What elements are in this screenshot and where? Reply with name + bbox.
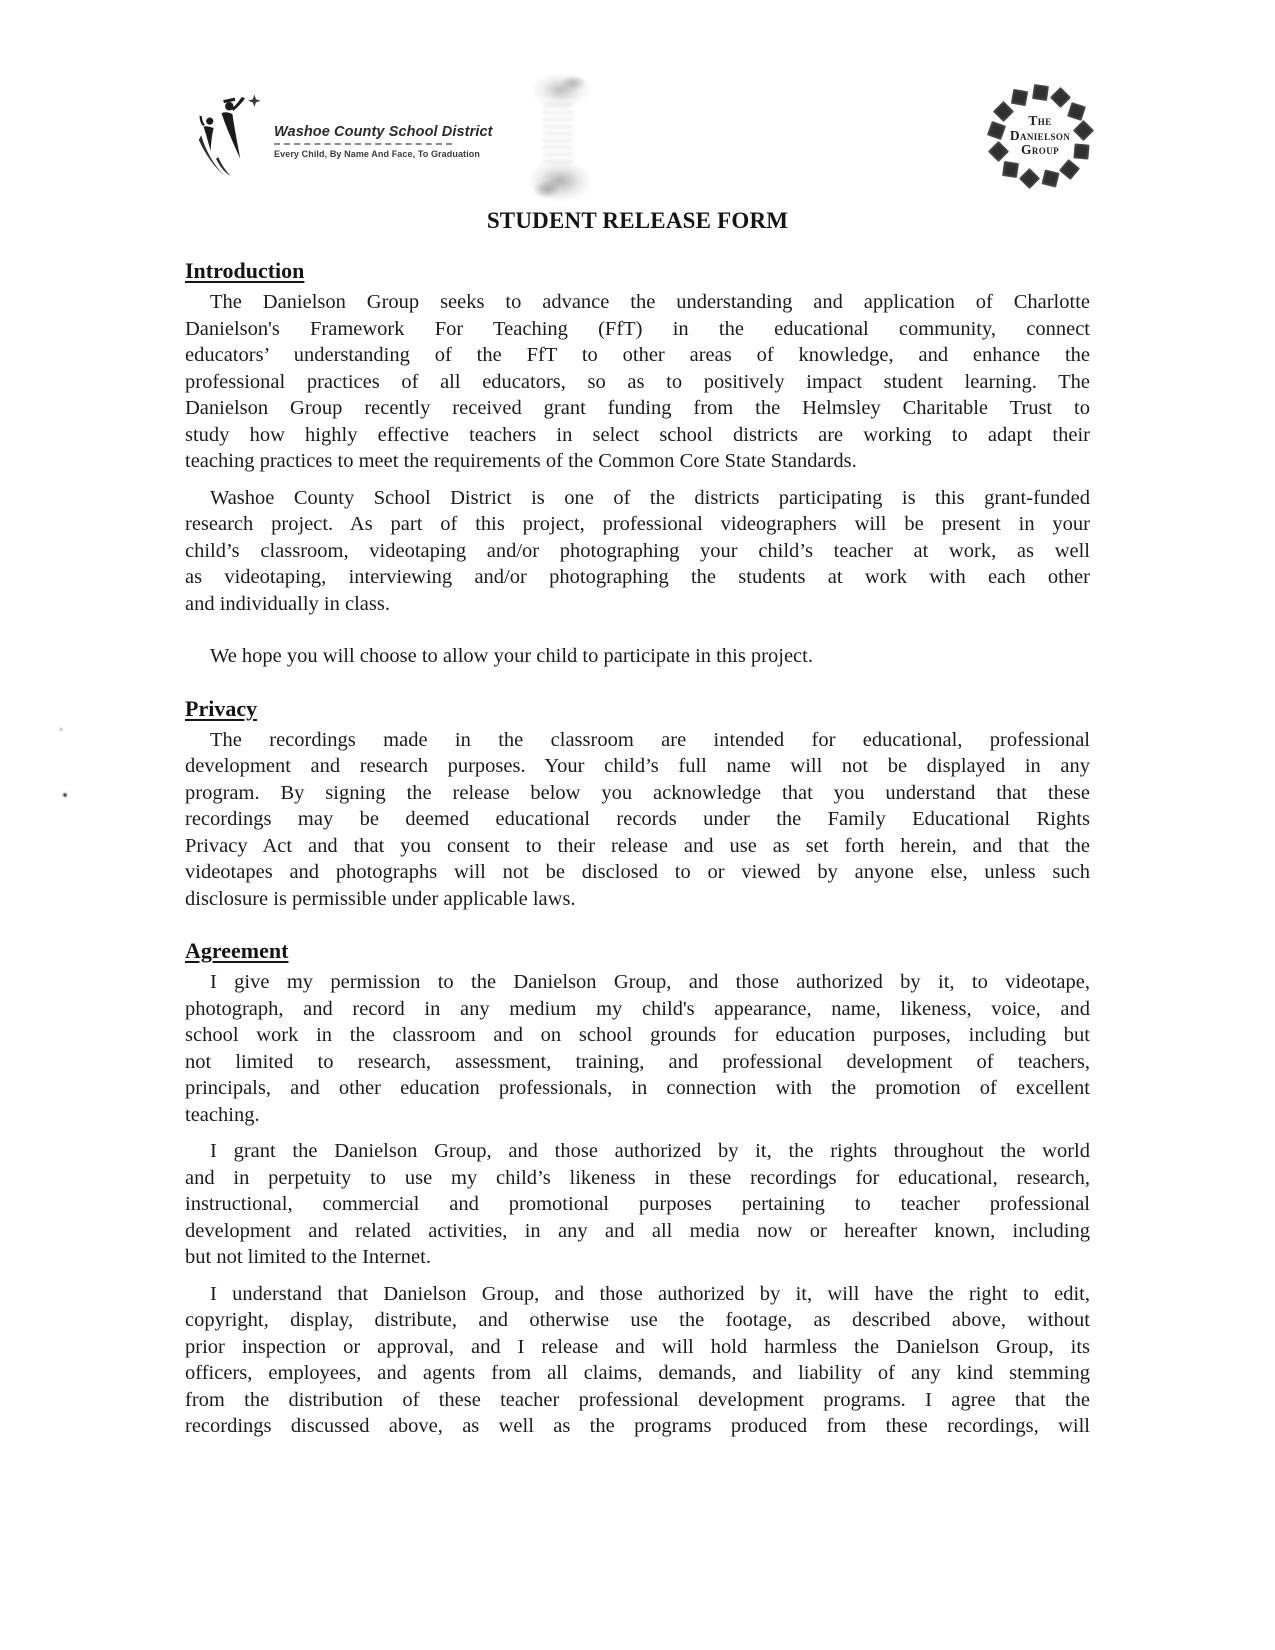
text-line: Danielson's Framework For Teaching (FfT)… [185,316,1090,343]
text-line: research project. As part of this projec… [185,511,1090,538]
text-line: principals, and other education professi… [185,1075,1090,1102]
section-heading-introduction: Introduction [185,258,1090,284]
wcsd-figures-icon [198,84,270,188]
text-line: Danielson Group recently received grant … [185,395,1090,422]
text-line: child’s classroom, videotaping and/or ph… [185,538,1090,565]
text-line: videotapes and photographs will not be d… [185,859,1090,886]
document-title: STUDENT RELEASE FORM [185,208,1090,234]
text-line: Privacy Act and that you consent to thei… [185,833,1090,860]
text-line: program. By signing the release below yo… [185,780,1090,807]
text-line: I give my permission to the Danielson Gr… [185,969,1090,996]
text-line: I grant the Danielson Group, and those a… [185,1138,1090,1165]
text-line: photograph, and record in any medium my … [185,996,1090,1023]
text-line: educators’ understanding of the FfT to o… [185,342,1090,369]
wcsd-logo-tagline: Every Child, By Name And Face, To Gradua… [274,149,493,159]
paragraph: I grant the Danielson Group, and those a… [185,1138,1090,1271]
wcsd-logo: Washoe County School District Every Chil… [198,84,493,188]
text-line: as videotaping, interviewing and/or phot… [185,564,1090,591]
text-line: teaching. [185,1102,1090,1129]
wcsd-logo-name: Washoe County School District [274,124,493,140]
text-line: The Danielson Group seeks to advance the… [185,289,1090,316]
scan-noise-speck [61,791,69,799]
text-line: not limited to research, assessment, tra… [185,1049,1090,1076]
text-line: but not limited to the Internet. [185,1244,1090,1271]
text-line: recordings may be deemed educational rec… [185,806,1090,833]
section-heading-privacy: Privacy [185,696,1090,722]
text-line: from the distribution of these teacher p… [185,1387,1090,1414]
danielson-logo-word: Danielson [1010,129,1070,144]
text-line: professional practices of all educators,… [185,369,1090,396]
text-line: I understand that Danielson Group, and t… [185,1281,1090,1308]
paragraph: We hope you will choose to allow your ch… [185,643,1090,670]
text-line: development and research purposes. Your … [185,753,1090,780]
text-line: disclosure is permissible under applicab… [185,886,1090,913]
text-line: school work in the classroom and on scho… [185,1022,1090,1049]
paragraph: The Danielson Group seeks to advance the… [185,289,1090,475]
paragraph: I understand that Danielson Group, and t… [185,1281,1090,1440]
text-line: Washoe County School District is one of … [185,485,1090,512]
text-line: teaching practices to meet the requireme… [185,448,1090,475]
text-line: recordings discussed above, as well as t… [185,1413,1090,1440]
text-line: development and related activities, in a… [185,1218,1090,1245]
text-line: copyright, display, distribute, and othe… [185,1307,1090,1334]
paragraph: I give my permission to the Danielson Gr… [185,969,1090,1128]
danielson-logo-word: The [1028,114,1051,129]
text-line: The recordings made in the classroom are… [185,727,1090,754]
scan-noise-speck [58,727,64,732]
paragraph: The recordings made in the classroom are… [185,727,1090,913]
scan-noise-smudge [530,72,592,108]
text-line: prior inspection or approval, and I rele… [185,1334,1090,1361]
text-line: study how highly effective teachers in s… [185,422,1090,449]
text-line: instructional, commercial and promotiona… [185,1191,1090,1218]
scan-noise-smudge [543,104,573,164]
danielson-logo-word: Group [1021,143,1059,158]
text-line: We hope you will choose to allow your ch… [185,643,1090,670]
paragraph: Washoe County School District is one of … [185,485,1090,618]
section-heading-agreement: Agreement [185,938,1090,964]
danielson-logo-text: The Danielson Group [985,84,1095,188]
danielson-group-logo: The Danielson Group [985,84,1095,188]
wcsd-logo-divider [274,143,452,145]
text-line: officers, employees, and agents from all… [185,1360,1090,1387]
document-page: STUDENT RELEASE FORM Introduction The Da… [185,208,1090,1450]
text-line: and individually in class. [185,591,1090,618]
scan-noise-smudge [527,160,593,202]
text-line: and in perpetuity to use my child’s like… [185,1165,1090,1192]
